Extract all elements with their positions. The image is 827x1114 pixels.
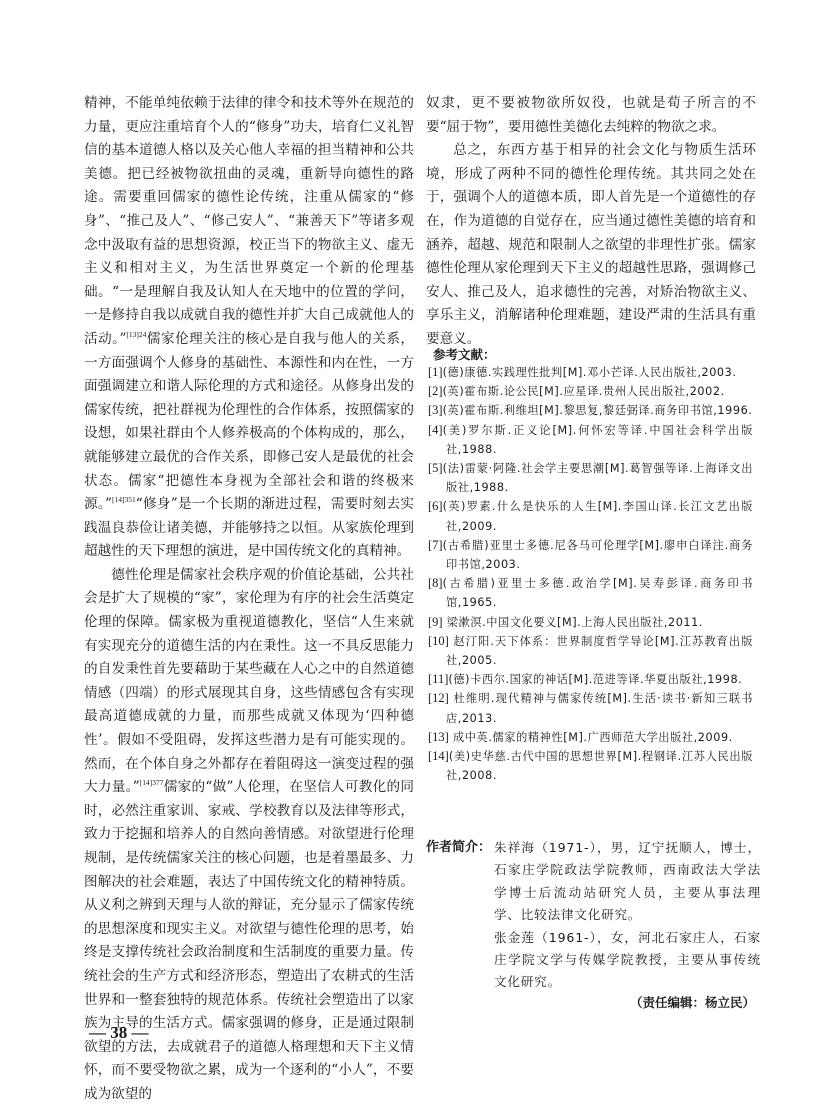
reference-text: (古希腊)亚里士多德.尼各马可伦理学[M].廖申白译注.商务印书馆,2003.	[443, 539, 753, 571]
citation-marker: [14]377	[140, 778, 164, 787]
reference-number: [12]	[428, 691, 449, 705]
reference-number: [2]	[428, 384, 443, 398]
reference-text: 梁漱溟.中国文化要义[M].上海人民出版社,2011.	[443, 616, 703, 629]
reference-item: [11](德)卡西尔.国家的神话[M].范进等译.华夏出版社,1998.	[428, 670, 753, 689]
body-paragraph: 精神，不能单纯依赖于法律的律令和技术等外在规范的力量，更应注重培育个人的“修身”…	[84, 92, 414, 564]
author-info-body: 朱祥海（1971-），男，辽宁抚顺人，博士，石家庄学院政法学院教师，西南政法大学…	[494, 837, 761, 994]
left-column: 精神，不能单纯依赖于法律的律令和技术等外在规范的力量，更应注重培育个人的“修身”…	[84, 92, 414, 1107]
reference-item: [3](英)霍布斯.利维坦[M].黎思复,黎廷弼译.商务印书馆,1996.	[428, 401, 753, 420]
citation-marker: [13]24	[126, 330, 146, 339]
reference-item: [1](德)康德.实践理性批判[M].邓小芒译.人民出版社,2003.	[428, 363, 753, 382]
reference-item: [2](英)霍布斯.论公民[M].应星译.贵州人民出版社,2002.	[428, 382, 753, 401]
author-bio-1: 朱祥海（1971-），男，辽宁抚顺人，博士，石家庄学院政法学院教师，西南政法大学…	[494, 837, 761, 927]
reference-number: [6]	[428, 499, 443, 513]
paragraph-text: 德性伦理是儒家社会秩序观的价值论基础，公共社会是扩大了规模的“家”，家伦理为有序…	[84, 567, 414, 795]
reference-number: [14]	[428, 749, 449, 763]
reference-text: (美)罗尔斯.正义论[M].何怀宏等译.中国社会科学出版社,1988.	[443, 424, 753, 456]
reference-number: [4]	[428, 423, 443, 437]
author-info-label: 作者简介：	[426, 837, 491, 859]
reference-text: (古希腊)亚里士多德.政治学[M].吴寿彭译.商务印书馆,1965.	[443, 577, 753, 609]
paragraph-text: 儒家伦理关注的核心是自我与他人的关系，一方面强调个人修身的基础性、本源性和内在性…	[84, 331, 414, 512]
reference-item: [14](美)史华慈.古代中国的思想世界[M].程钢译.江苏人民出版社,2008…	[428, 747, 753, 785]
body-paragraph: 总之，东西方基于相异的社会文化与物质生活环境，形成了两种不同的德性伦理传统。其共…	[426, 139, 756, 351]
references-heading: 参考文献：	[433, 345, 496, 363]
responsible-editor: （责任编辑：杨立民）	[630, 993, 755, 1011]
author-info: 作者简介： 朱祥海（1971-），男，辽宁抚顺人，博士，石家庄学院政法学院教师，…	[426, 837, 761, 994]
reference-number: [13]	[428, 730, 449, 744]
reference-number: [7]	[428, 538, 443, 552]
reference-text: (英)霍布斯.利维坦[M].黎思复,黎廷弼译.商务印书馆,1996.	[443, 404, 753, 417]
reference-text: (英)霍布斯.论公民[M].应星译.贵州人民出版社,2002.	[443, 385, 725, 398]
reference-item: [4](美)罗尔斯.正义论[M].何怀宏等译.中国社会科学出版社,1988.	[428, 421, 753, 459]
reference-number: [10]	[428, 634, 449, 648]
reference-text: (美)史华慈.古代中国的思想世界[M].程钢译.江苏人民出版社,2008.	[446, 750, 753, 782]
reference-number: [3]	[428, 403, 443, 417]
reference-item: [12] 杜维明.现代精神与儒家传统[M].生活·读书·新知三联书店,2013.	[428, 689, 753, 727]
paragraph-text: 儒家的“做”人伦理，在坚信人可教化的同时，必然注重家训、家戒、学校教育以及法律等…	[84, 779, 414, 1102]
right-column: 奴隶，更不要被物欲所奴役，也就是荀子所言的不要“屈于物”，要用德性美德化去纯粹的…	[426, 92, 756, 352]
reference-item: [5](法)雷蒙·阿隆.社会学主要思潮[M].葛智强等译.上海译文出版社,198…	[428, 459, 753, 497]
reference-text: 赵汀阳.天下体系：世界制度哲学导论[M].江苏教育出版社,2005.	[446, 635, 753, 667]
reference-item: [7](古希腊)亚里士多德.尼各马可伦理学[M].廖申白译注.商务印书馆,200…	[428, 536, 753, 574]
reference-text: (德)康德.实践理性批判[M].邓小芒译.人民出版社,2003.	[443, 366, 737, 379]
reference-number: [9]	[428, 615, 443, 629]
page-number: — 38 —	[89, 1023, 149, 1043]
reference-text: (英)罗素.什么是快乐的人生[M].李国山译.长江文艺出版社,2009.	[443, 500, 753, 532]
author-bio-2: 张金莲（1961-），女，河北石家庄人，石家庄学院文学与传媒学院教授，主要从事传…	[494, 927, 761, 994]
reference-text: (法)雷蒙·阿隆.社会学主要思潮[M].葛智强等译.上海译文出版社,1988.	[443, 462, 753, 494]
reference-number: [5]	[428, 461, 443, 475]
reference-text: 杜维明.现代精神与儒家传统[M].生活·读书·新知三联书店,2013.	[446, 692, 753, 724]
reference-item: [6](英)罗素.什么是快乐的人生[M].李国山译.长江文艺出版社,2009.	[428, 497, 753, 535]
reference-number: [1]	[428, 365, 443, 379]
reference-item: [9] 梁漱溟.中国文化要义[M].上海人民出版社,2011.	[428, 613, 753, 632]
reference-number: [11]	[428, 672, 448, 686]
body-paragraph: 奴隶，更不要被物欲所奴役，也就是荀子所言的不要“屈于物”，要用德性美德化去纯粹的…	[426, 92, 756, 139]
paragraph-text: 精神，不能单纯依赖于法律的律令和技术等外在规范的力量，更应注重培育个人的“修身”…	[84, 95, 414, 347]
reference-text: 成中英.儒家的精神性[M].广西师范大学出版社,2009.	[449, 731, 733, 744]
citation-marker: [14]351	[112, 495, 136, 504]
reference-item: [13] 成中英.儒家的精神性[M].广西师范大学出版社,2009.	[428, 728, 753, 747]
reference-item: [10] 赵汀阳.天下体系：世界制度哲学导论[M].江苏教育出版社,2005.	[428, 632, 753, 670]
reference-number: [8]	[428, 576, 443, 590]
reference-item: [8](古希腊)亚里士多德.政治学[M].吴寿彭译.商务印书馆,1965.	[428, 574, 753, 612]
paragraph-text: “修身”是一个长期的渐进过程，需要时刻去实践温良恭俭让诸美德，并能够持之以恒。从…	[84, 496, 414, 559]
reference-text: (德)卡西尔.国家的神话[M].范进等译.华夏出版社,1998.	[448, 673, 742, 686]
references-list: [1](德)康德.实践理性批判[M].邓小芒译.人民出版社,2003. [2](…	[428, 363, 753, 785]
